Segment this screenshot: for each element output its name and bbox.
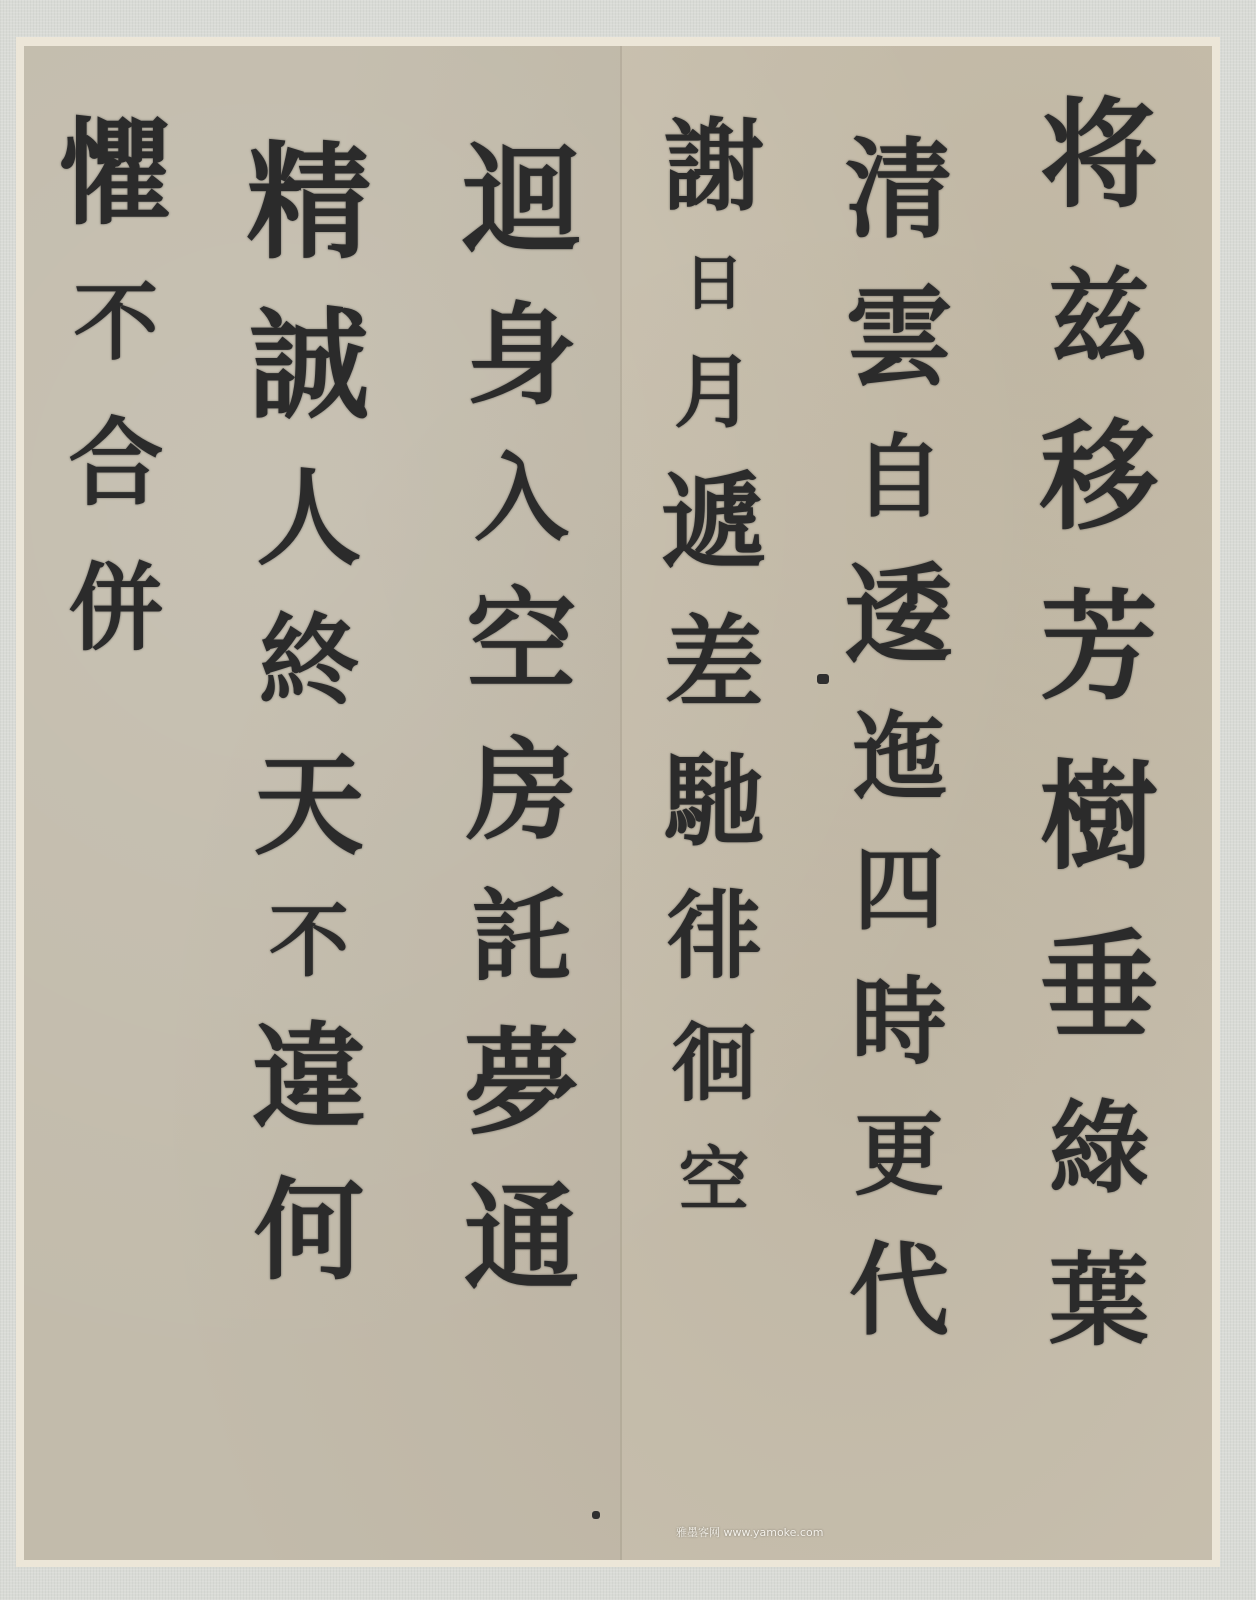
paper-seam (620, 46, 622, 1560)
char: 樹 (1040, 758, 1158, 876)
char: 人 (256, 466, 361, 571)
char: 併 (68, 561, 163, 656)
char: 月 (674, 352, 754, 432)
site-watermark: 雅墨客网 www.yamoke.com (676, 1524, 823, 1540)
calligraphy-column-1: 将 兹 移 芳 樹 垂 綠 葉 (1024, 96, 1174, 1350)
char: 徊 (671, 1022, 756, 1107)
calligraphy-column-4: 迴 身 入 空 房 託 夢 通 (439, 141, 604, 1296)
char: 代 (849, 1240, 949, 1340)
char: 終 (259, 611, 359, 711)
char: 空 (467, 586, 577, 696)
char: 兹 (1049, 266, 1149, 366)
calligraphy-column-6: 懼 不 合 併 (46, 116, 186, 656)
char: 自 (854, 432, 944, 522)
char: 誠 (249, 306, 369, 426)
char: 四 (854, 845, 944, 935)
calligraphy-column-2: 清 雲 自 逶 迤 四 時 更 代 (824, 136, 974, 1340)
char: 身 (467, 301, 577, 411)
char: 房 (467, 736, 577, 846)
char: 合 (68, 416, 163, 511)
char: 夢 (464, 1026, 579, 1141)
char: 遞 (661, 470, 766, 575)
char: 精 (247, 141, 372, 266)
char: 綠 (1049, 1098, 1149, 1198)
char: 迤 (851, 710, 946, 805)
char: 雲 (845, 284, 953, 392)
char: 謝 (664, 116, 764, 216)
char: 馳 (664, 751, 764, 851)
char: 通 (464, 1181, 579, 1296)
char: 何 (254, 1176, 364, 1286)
char: 将 (1040, 96, 1158, 214)
char: 空 (679, 1145, 749, 1215)
char: 徘 (666, 889, 761, 984)
char: 垂 (1040, 928, 1158, 1046)
char: 違 (251, 1021, 366, 1136)
calligraphy-paper: 将 兹 移 芳 樹 垂 綠 葉 清 雲 自 逶 迤 四 時 更 代 謝 日 月 … (24, 46, 1212, 1560)
char: 移 (1040, 418, 1158, 536)
char: 懼 (58, 116, 173, 231)
char: 不 (269, 901, 349, 981)
char: 不 (73, 281, 158, 366)
ink-dot (592, 1511, 600, 1519)
char: 清 (845, 136, 953, 244)
ink-dot (817, 674, 829, 684)
char: 入 (474, 451, 569, 546)
char: 差 (664, 613, 764, 713)
char: 芳 (1040, 588, 1158, 706)
calligraphy-column-3: 謝 日 月 遞 差 馳 徘 徊 空 (639, 116, 789, 1215)
char: 迴 (462, 141, 582, 261)
char: 時 (851, 975, 946, 1070)
char: 葉 (1049, 1250, 1149, 1350)
calligraphy-column-5: 精 誠 人 終 天 不 違 何 (224, 141, 394, 1286)
char: 託 (472, 886, 572, 986)
char: 日 (684, 254, 744, 314)
char: 天 (254, 751, 364, 861)
char: 更 (854, 1110, 944, 1200)
char: 逶 (845, 562, 953, 670)
